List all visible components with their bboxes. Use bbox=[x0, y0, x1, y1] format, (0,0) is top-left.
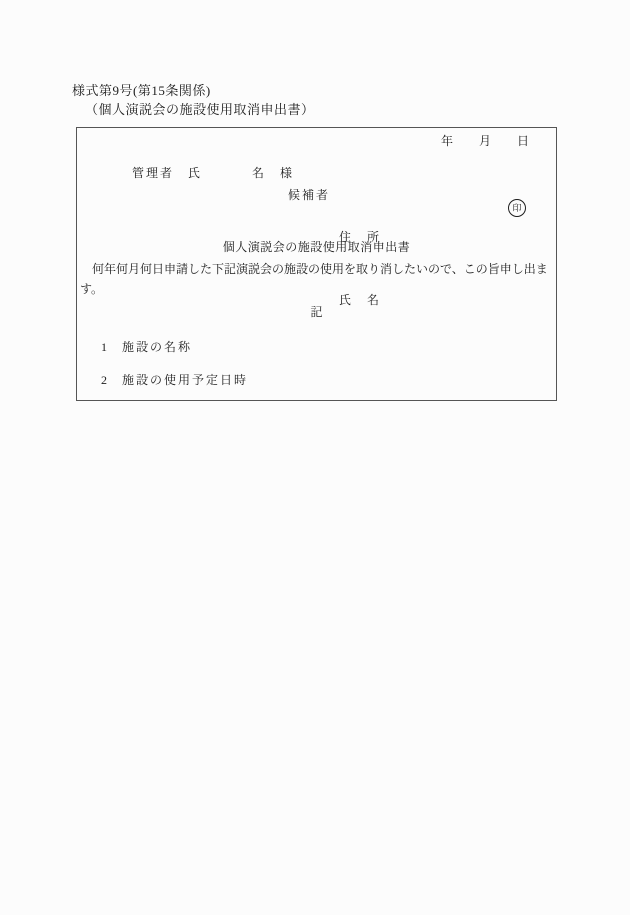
item-number: 2 bbox=[101, 373, 107, 387]
item-number: 1 bbox=[101, 340, 107, 354]
list-item-scheduled-datetime: 2施設の使用予定日時 bbox=[83, 358, 248, 403]
date-month-label: 月 bbox=[479, 134, 491, 149]
manager-name-prefix: 管理者 氏 bbox=[132, 166, 202, 180]
item-label: 施設の名称 bbox=[122, 340, 192, 354]
form-subtitle: （個人演説会の施設使用取消申出書） bbox=[72, 100, 315, 119]
document-page: 様式第9号(第15条関係) （個人演説会の施設使用取消申出書） 年 月 日 管理… bbox=[0, 0, 630, 915]
date-day-label: 日 bbox=[517, 134, 529, 149]
body-line-2: す。 bbox=[80, 279, 554, 299]
manager-name-suffix: 名 様 bbox=[252, 166, 294, 180]
date-year-label: 年 bbox=[441, 134, 453, 149]
form-heading: 様式第9号(第15条関係) （個人演説会の施設使用取消申出書） bbox=[72, 81, 315, 119]
date-line: 年 月 日 bbox=[441, 134, 529, 149]
form-title: 個人演説会の施設使用取消申出書 bbox=[77, 240, 556, 255]
seal-character: 印 bbox=[512, 204, 521, 213]
form-number: 様式第9号(第15条関係) bbox=[72, 81, 315, 100]
seal-stamp-icon: 印 bbox=[508, 199, 526, 217]
item-label: 施設の使用予定日時 bbox=[122, 373, 248, 387]
form-box: 年 月 日 管理者 氏名 様 候補者 住 所 氏 名 印 個人演説会の施設使用取… bbox=[76, 127, 557, 401]
body-paragraph: 何年何月何日申請した下記演説会の施設の使用を取り消したいので、この旨申し出ま す… bbox=[80, 259, 554, 299]
body-line-1: 何年何月何日申請した下記演説会の施設の使用を取り消したいので、この旨申し出ま bbox=[80, 259, 554, 279]
record-heading: 記 bbox=[77, 305, 556, 320]
addressee-line: 管理者 氏名 様 bbox=[102, 151, 294, 196]
